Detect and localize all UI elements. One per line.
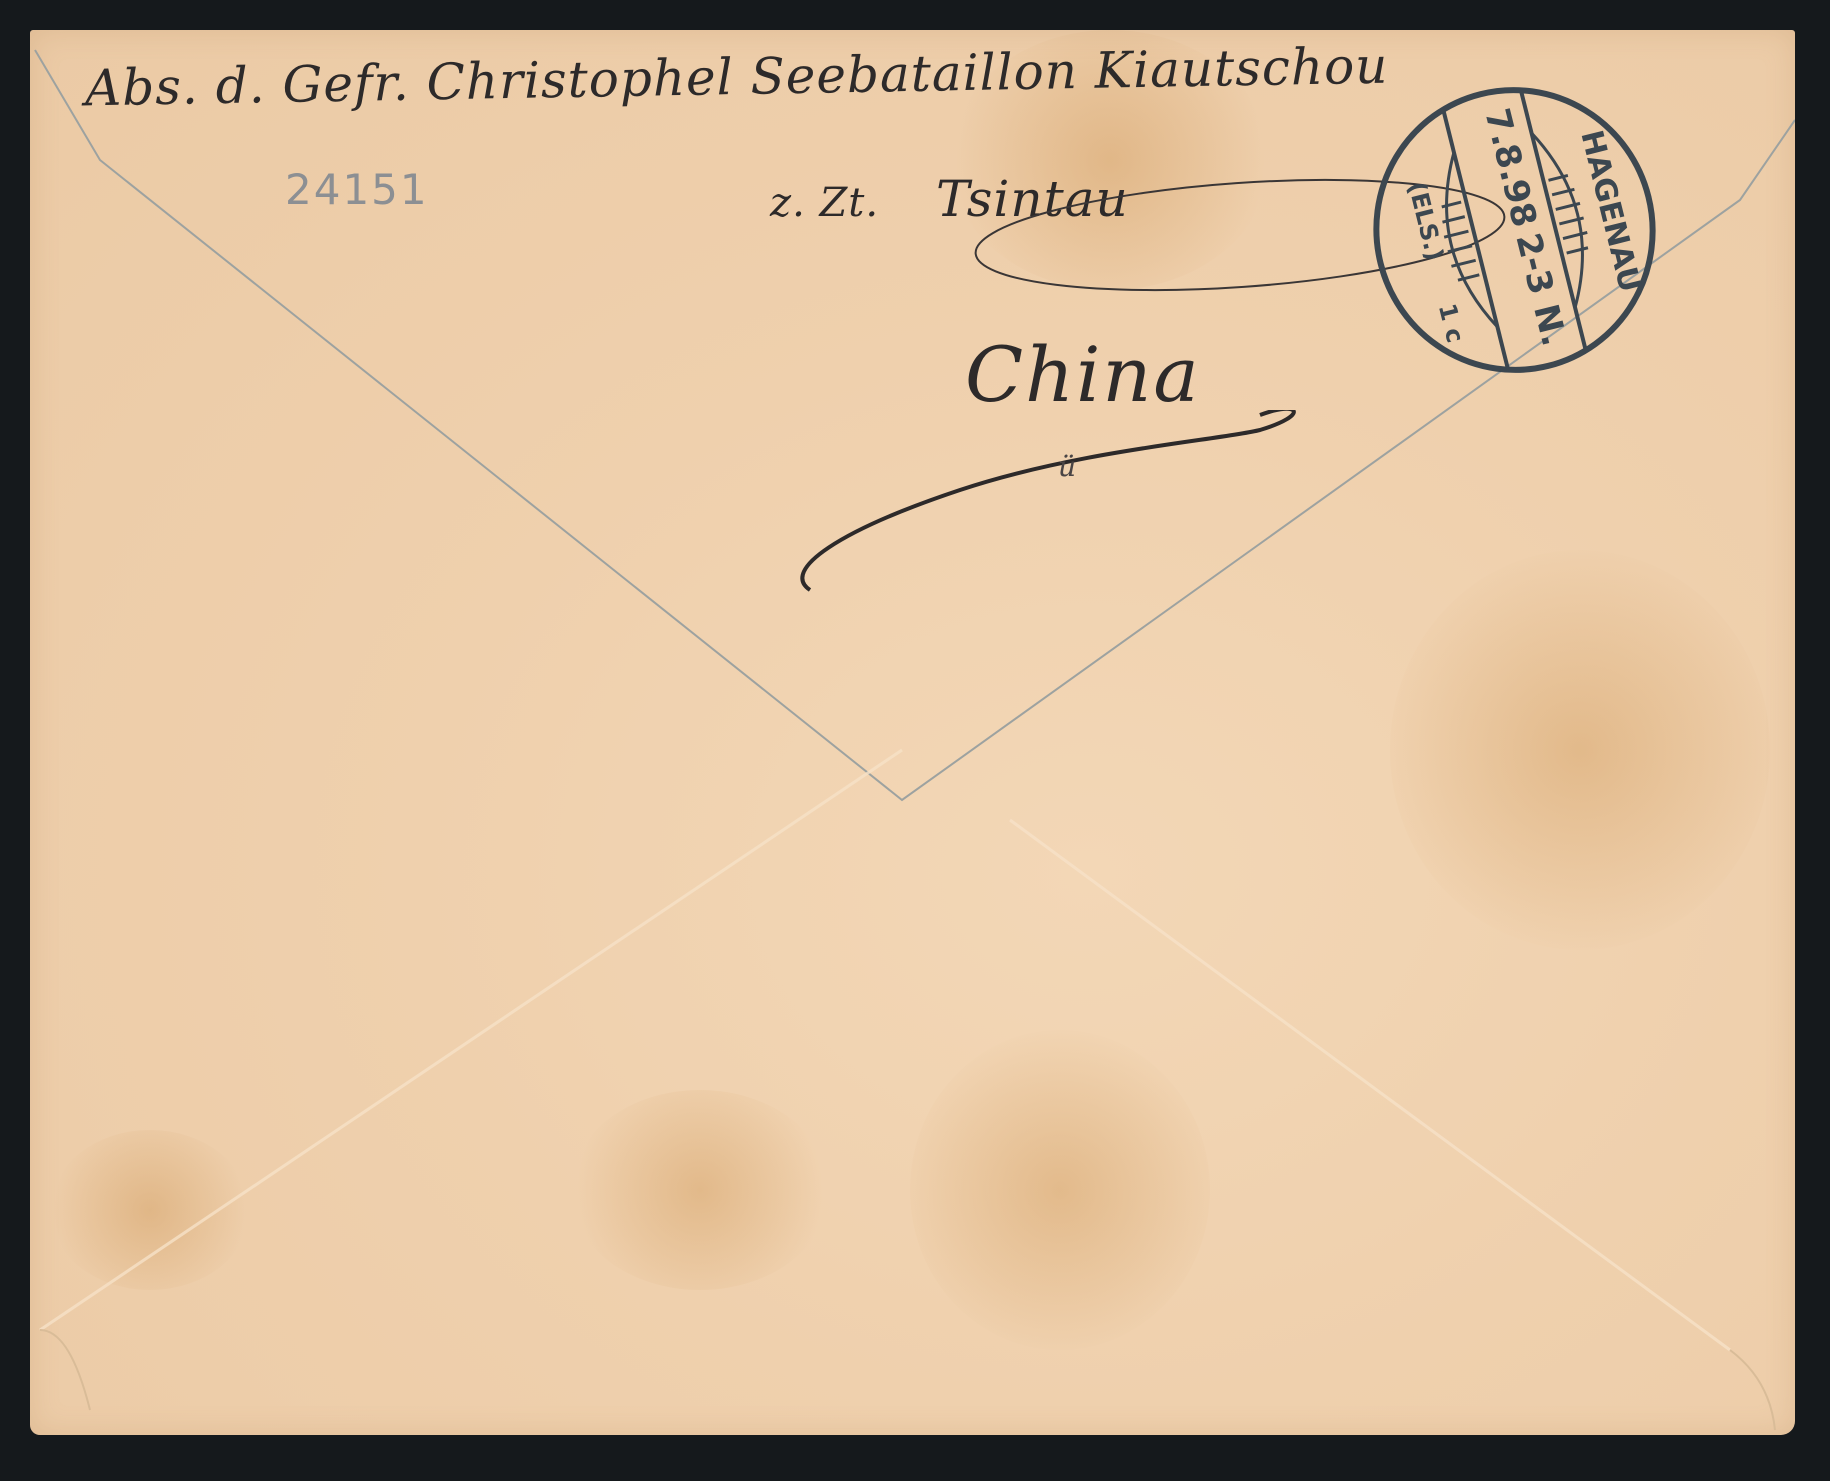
country-name: China [965,330,1201,419]
postmark-office-code: 1 c [1433,301,1470,346]
postmark-city: HAGENAU [1573,127,1647,296]
pencil-annotation: 24151 [285,165,429,214]
envelope-back: Abs. d. Gefr. Christophel Seebataillon K… [30,30,1795,1435]
location-prefix: z. Zt. [770,180,879,226]
flourish-underline [780,410,1340,610]
postmark-date-time: 7.8.982-3 N. [1476,105,1574,351]
postmark: 7.8.982-3 N. HAGENAU (ELS.) 1 c [1362,80,1667,380]
flourish-mark: ü [1058,450,1077,483]
postmark-region: (ELS.) [1402,179,1449,263]
